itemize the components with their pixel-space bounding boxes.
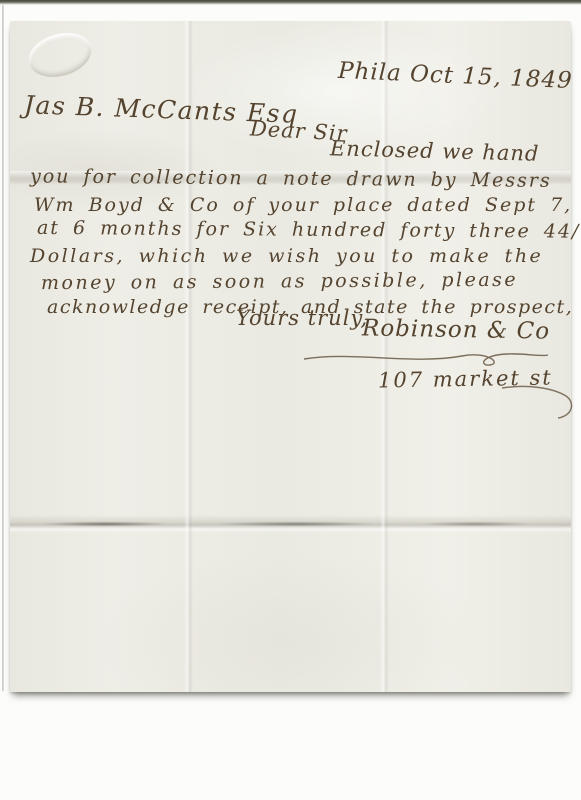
body-line: money on as soon as possible, please [41,268,581,298]
letter-body: you for collection a note drawn by Messr… [28,168,581,321]
body-line: Dollars, which we wish you to make the [30,245,581,271]
scan-left-edge [2,5,4,691]
fold-crease-vertical-right [380,21,389,692]
signature: Robinson & Co [362,315,550,344]
fold-crease-middle-dimples [10,519,571,529]
street-address: 107 market st [378,365,553,392]
letter-scan-photo: Phila Oct 15, 1849 Jas B. McCants Esq De… [0,0,581,800]
scan-top-edge [0,0,581,5]
body-line: you for collection a note drawn by Messr… [30,165,581,196]
body-line: Wm Boyd & Co of your place dated Sept 7,… [34,194,581,220]
body-line: at 6 months for Six hundred forty three … [37,217,581,247]
embossed-seal [23,26,96,84]
fold-crease-middle [10,515,571,533]
closing-phrase: Yours truly, [236,306,368,330]
